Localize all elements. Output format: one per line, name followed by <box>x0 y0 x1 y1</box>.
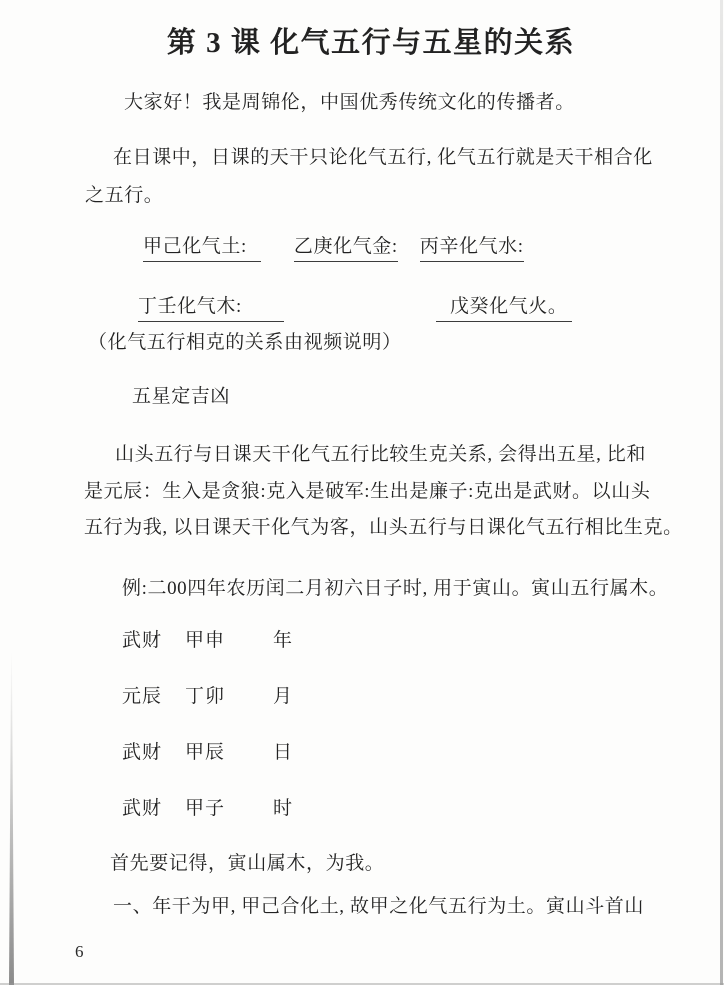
huaqi-row-1: 甲己化气土:乙庚化气金:丙辛化气水: <box>143 236 524 262</box>
table-row: 武财 甲子 时 <box>122 798 293 820</box>
pillar-cell: 甲子 <box>185 798 273 820</box>
underlined-term: 丙辛化气水: <box>420 236 524 262</box>
star-cell: 武财 <box>122 630 185 652</box>
five-stars-line-1: 山头五行与日课天干化气五行比较生克关系, 会得出五星, 比和 <box>115 444 646 466</box>
day-course-line-2: 之五行。 <box>85 185 163 207</box>
star-cell: 武财 <box>122 798 185 820</box>
page-number: 6 <box>75 942 84 962</box>
table-row: 武财 甲辰 日 <box>122 742 293 764</box>
point-one-line: 一、年干为甲, 甲己合化土, 故甲之化气五行为土。寅山斗首山 <box>113 896 644 918</box>
intro-paragraph: 大家好！我是周锦伦，中国优秀传统文化的传播者。 <box>124 92 575 114</box>
underlined-term: 戊癸化气火。 <box>436 296 572 322</box>
star-cell: 武财 <box>122 742 185 764</box>
video-note: （化气五行相克的关系由视频说明） <box>88 332 402 354</box>
unit-cell: 年 <box>273 630 293 652</box>
underlined-term: 甲己化气土: <box>143 236 261 262</box>
day-course-line-1: 在日课中，日课的天干只论化气五行, 化气五行就是天干相合化 <box>113 147 653 169</box>
unit-cell: 时 <box>273 798 293 820</box>
four-pillars-table: 武财 甲申 年 元辰 丁卯 月 武财 甲辰 日 武财 甲子 时 <box>122 630 293 854</box>
unit-cell: 日 <box>273 742 293 764</box>
huaqi-row-2: 丁壬化气木:戊癸化气火。 <box>138 296 572 322</box>
page-title: 第 3 课 化气五行与五星的关系 <box>0 20 724 61</box>
five-stars-line-2: 是元辰：生入是贪狼:克入是破军:生出是廉子:克出是武财。以山头 <box>84 481 650 503</box>
scan-edge-right-shadow <box>720 0 723 985</box>
pillar-cell: 甲辰 <box>185 742 273 764</box>
unit-cell: 月 <box>273 686 293 708</box>
document-page: 第 3 课 化气五行与五星的关系 大家好！我是周锦伦，中国优秀传统文化的传播者。… <box>0 0 724 985</box>
pillar-cell: 丁卯 <box>185 686 273 708</box>
section-heading: 五星定吉凶 <box>132 386 230 408</box>
underlined-term: 丁壬化气木: <box>138 296 284 322</box>
table-row: 元辰 丁卯 月 <box>122 686 293 708</box>
pillar-cell: 甲申 <box>185 630 273 652</box>
example-line: 例:二00四年农历闰二月初六日子时, 用于寅山。寅山五行属木。 <box>122 578 668 600</box>
star-cell: 元辰 <box>122 686 185 708</box>
remember-line: 首先要记得，寅山属木，为我。 <box>110 853 384 875</box>
table-row: 武财 甲申 年 <box>122 630 293 652</box>
scan-edge-left-shadow <box>9 652 14 985</box>
five-stars-line-3: 五行为我, 以日课天干化气为客，山头五行与日课化气五行相比生克。 <box>84 517 683 539</box>
underlined-term: 乙庚化气金: <box>294 236 398 262</box>
